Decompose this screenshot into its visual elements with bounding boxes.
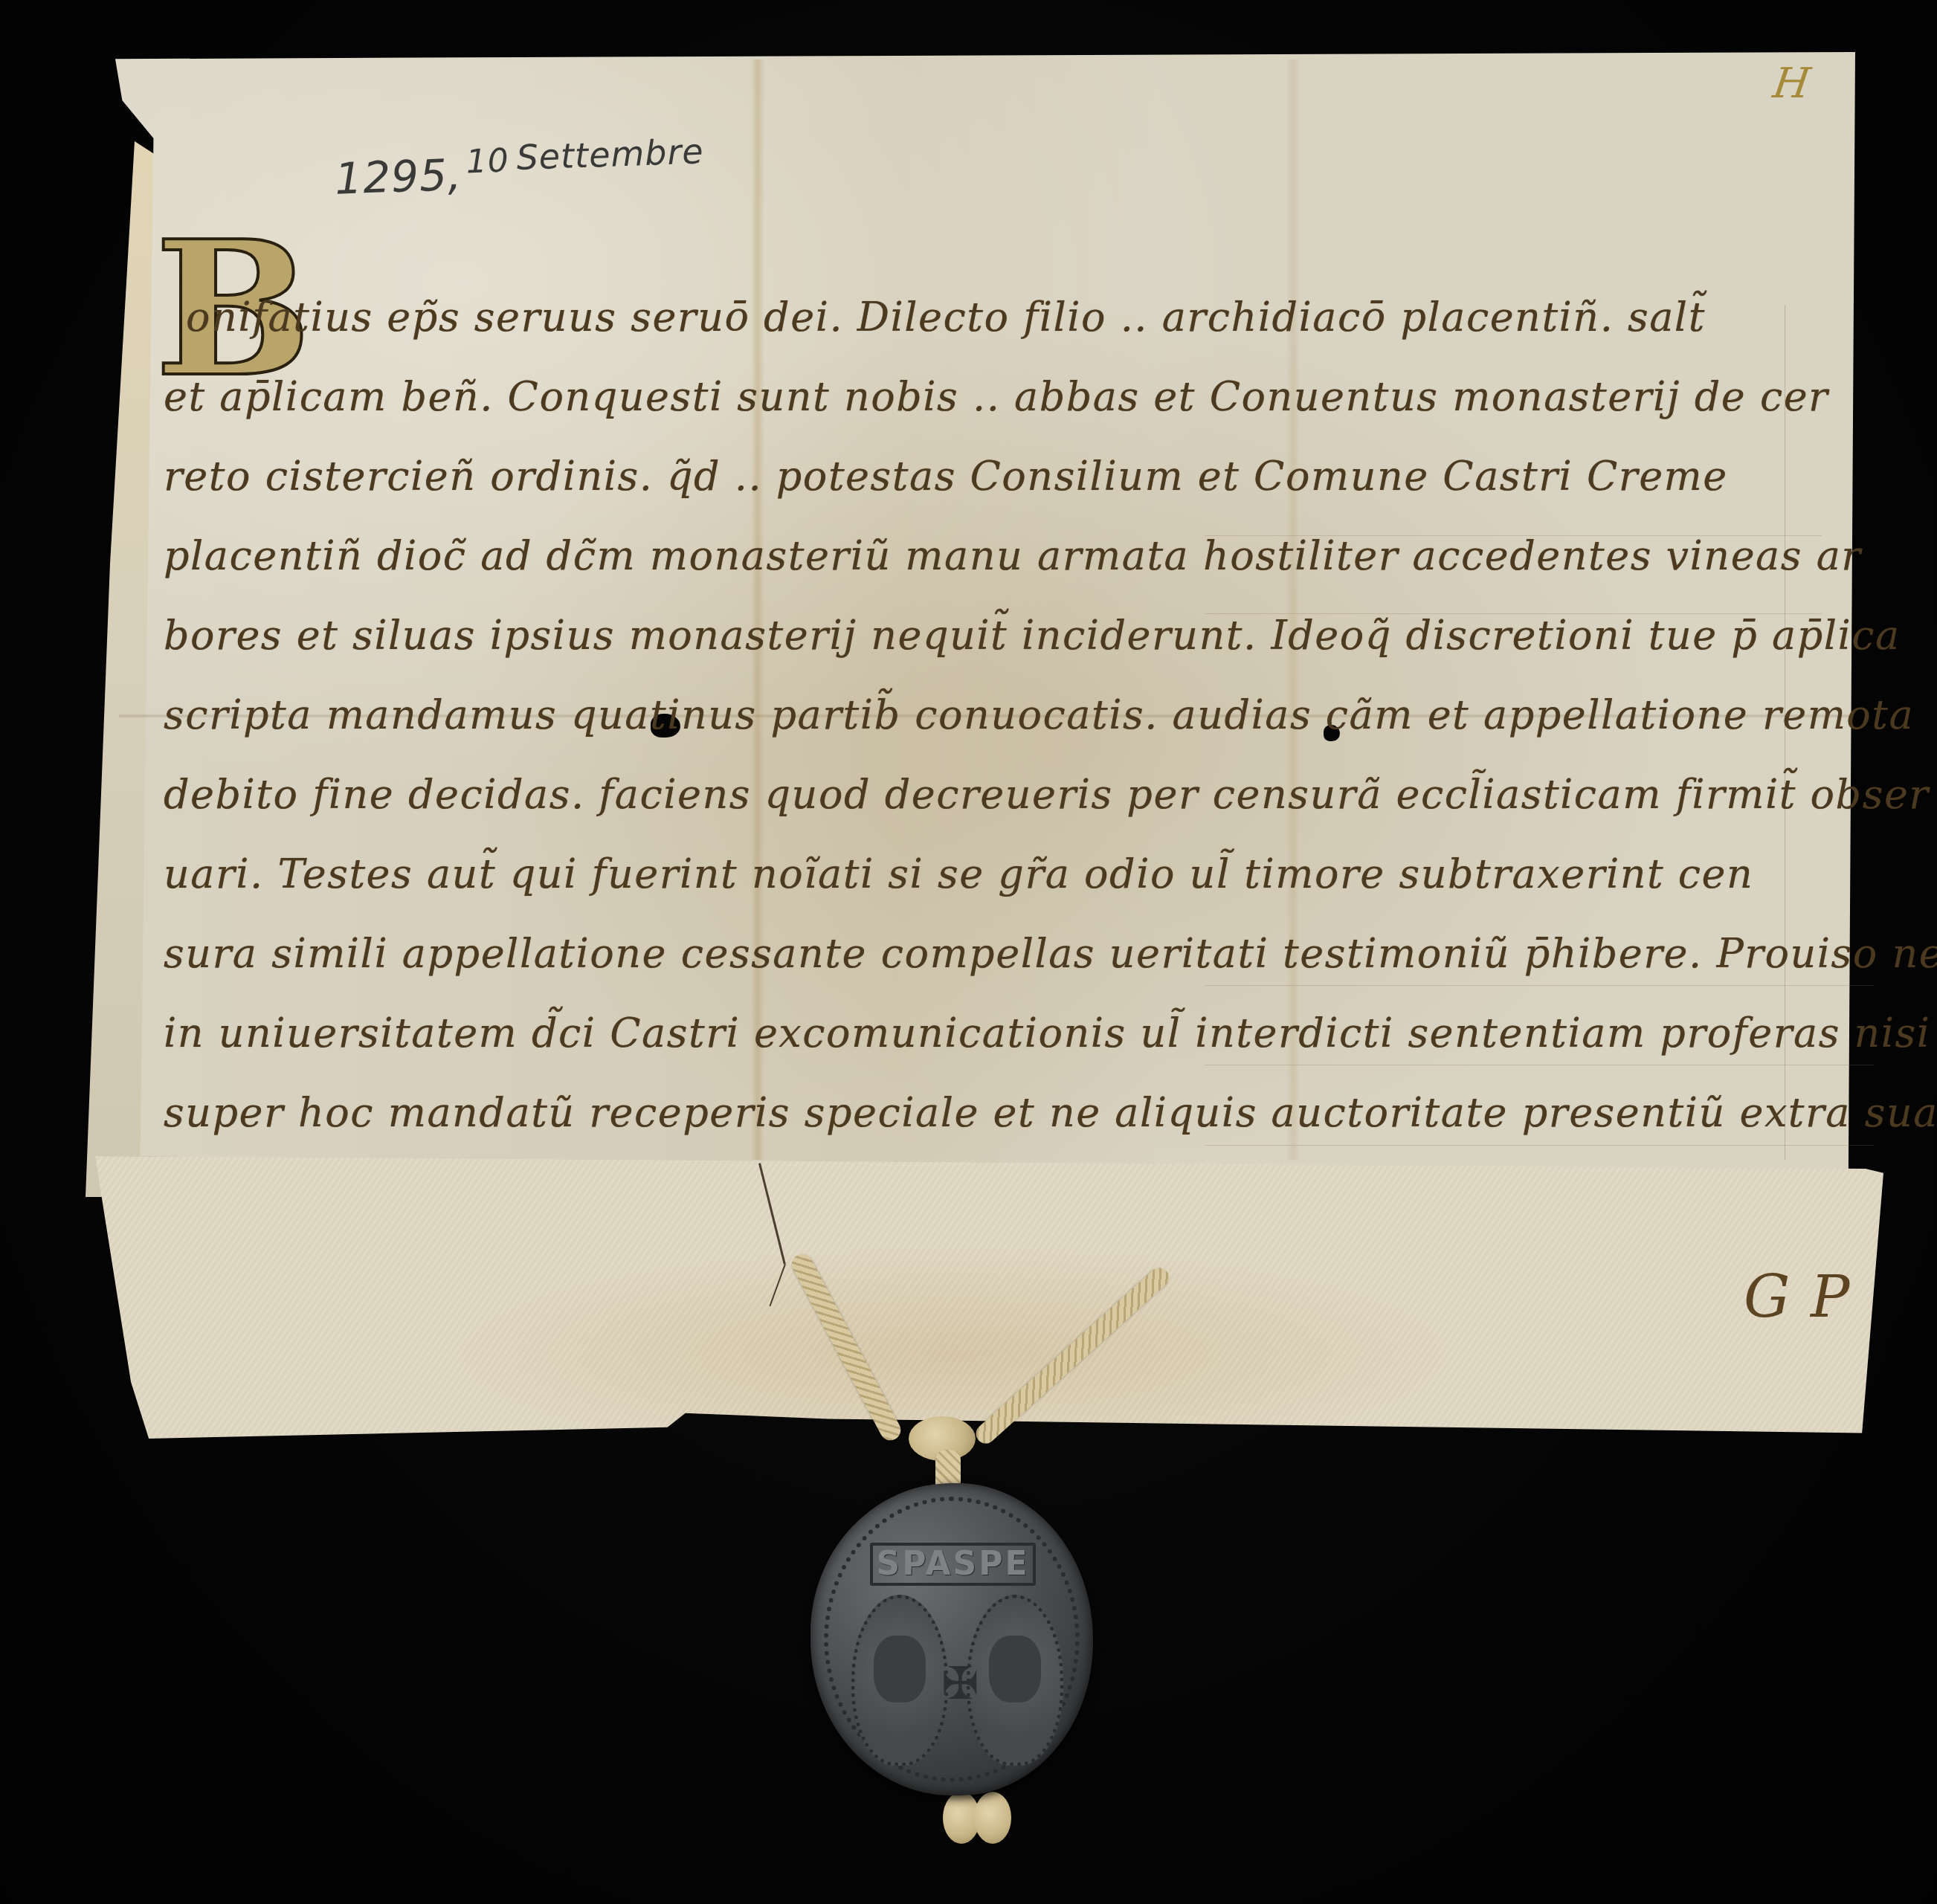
ruling-line (1205, 1065, 1874, 1065)
scribe-mark: G P (1744, 1264, 1854, 1331)
text-line: reto cistercieñ ordinis. q̃d .. potesta… (164, 453, 1728, 500)
text-line: uari. Testes aut̃ qui fuerint noĩati si… (164, 851, 1753, 897)
text-line: placentiñ dioc̃ ad dc̃m monasteriũ man… (164, 532, 1862, 579)
text-line: et ap̄licam beñ. Conquesti sunt nobis .… (164, 373, 1828, 420)
text-line: debito fine decidas. faciens quod decreu… (164, 771, 1930, 818)
annotation-day: 10 (465, 141, 510, 181)
face-icon (989, 1636, 1041, 1703)
corner-mark: H (1770, 59, 1813, 108)
vertical-fold-crease (1286, 59, 1300, 1160)
text-line: onifatius ep̃s seruus seruō dei. Dilect… (186, 294, 1706, 341)
vertical-fold-crease (751, 59, 764, 1160)
plica-fold (95, 1156, 1883, 1439)
annotation-year: 1295, (334, 149, 463, 204)
text-line: bores et siluas ipsius monasterij nequit… (164, 612, 1901, 659)
saint-paul-head-icon (851, 1595, 948, 1766)
text-line: scripta mandamus quatinus partib̃ conuoc… (164, 691, 1914, 738)
archival-date-annotation: 1295,10Settembre (334, 131, 706, 204)
annotation-month: Settembre (516, 131, 705, 178)
face-icon (874, 1636, 926, 1703)
cross-icon: ✠ (941, 1658, 979, 1710)
cord-knot (974, 1792, 1011, 1844)
saint-peter-head-icon (967, 1595, 1063, 1766)
text-line: sura simili appellatione cessante compel… (164, 930, 1937, 977)
text-line: super hoc mandatũ receperis speciale et… (164, 1089, 1937, 1136)
ruling-line (1205, 1145, 1874, 1146)
ruling-line (1205, 985, 1874, 986)
lead-seal-bulla: SPASPE ✠ (810, 1483, 1093, 1795)
seal-legend: SPASPE (870, 1543, 1036, 1586)
text-line: in uniuersitatem d̃ci Castri excomunicat… (164, 1010, 1937, 1056)
